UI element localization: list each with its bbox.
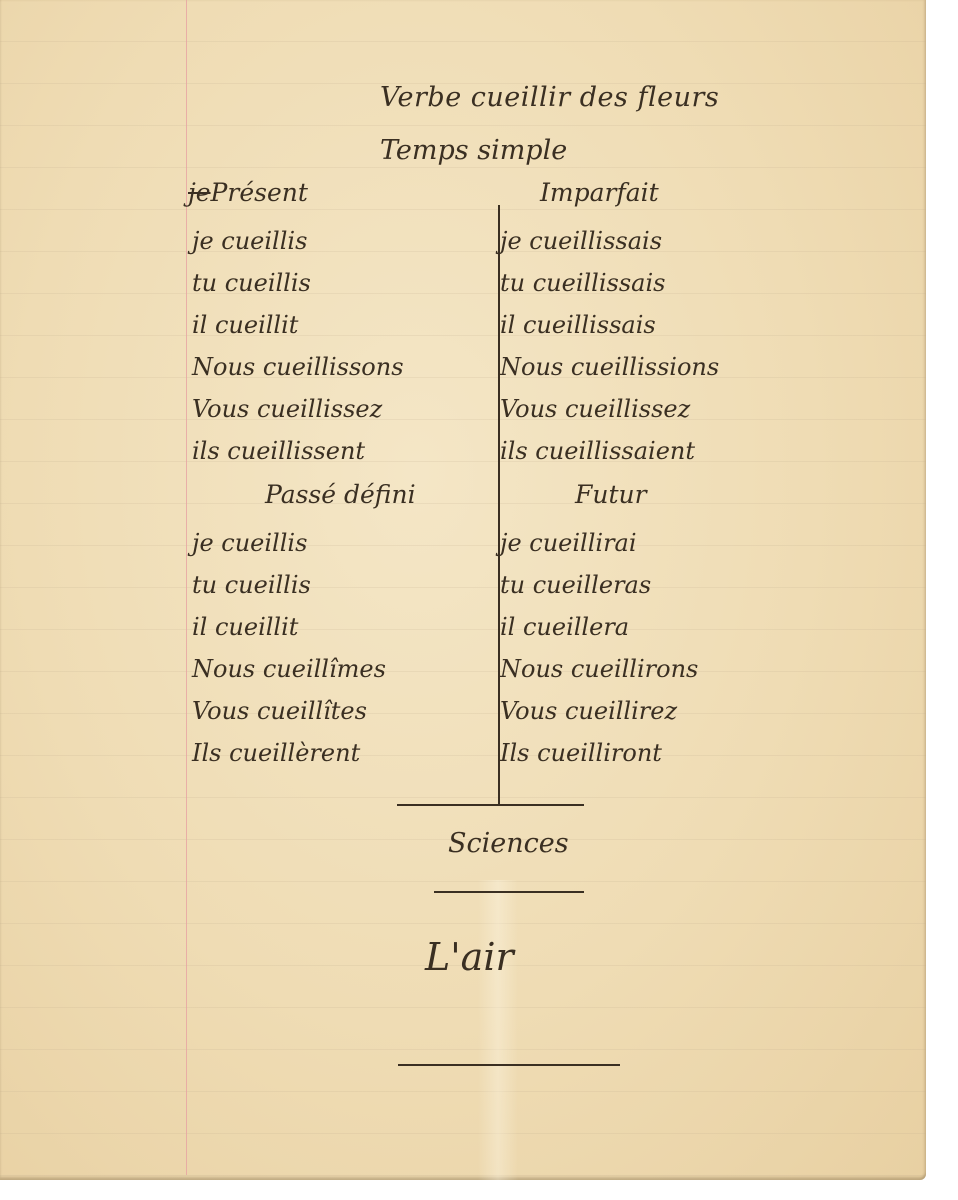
section-heading: Sciences <box>448 828 569 859</box>
conjugation-row: il cueillit <box>192 304 404 346</box>
conjugation-row: Nous cueillirons <box>500 648 698 690</box>
conjugation-row: Nous cueillissons <box>192 346 404 388</box>
conjugation-row: il cueillissais <box>500 304 719 346</box>
conjugation-row: il cueillera <box>500 606 698 648</box>
conjugation-row: tu cueillissais <box>500 262 719 304</box>
rule-line <box>434 891 584 893</box>
conjugation-row: tu cueillis <box>192 564 386 606</box>
present-forms-list: je cueillis tu cueillis il cueillit Nous… <box>192 220 404 472</box>
paper-fold <box>478 880 518 1180</box>
conjugation-row: Nous cueillîmes <box>192 648 386 690</box>
conjugation-row: Nous cueillissions <box>500 346 719 388</box>
struck-word: je <box>188 178 211 207</box>
conjugation-row: tu cueillis <box>192 262 404 304</box>
imparfait-forms-list: je cueillissais tu cueillissais il cueil… <box>500 220 719 472</box>
rule-line <box>398 1064 620 1066</box>
passe-defini-forms-list: je cueillis tu cueillis il cueillit Nous… <box>192 522 386 774</box>
tense-heading-present: jePrésent <box>188 178 308 207</box>
conjugation-row: je cueillissais <box>500 220 719 262</box>
conjugation-row: je cueillirai <box>500 522 698 564</box>
section-title: L'air <box>425 935 514 979</box>
page-title: Verbe cueillir des fleurs <box>380 82 719 113</box>
tense-name: Présent <box>211 178 308 207</box>
conjugation-row: il cueillit <box>192 606 386 648</box>
margin-line <box>186 0 187 1175</box>
tense-heading-imparfait: Imparfait <box>540 178 659 207</box>
notebook-page: Verbe cueillir des fleurs Temps simple j… <box>0 0 926 1180</box>
rule-line <box>397 804 584 806</box>
tense-heading-passe-defini: Passé défini <box>265 480 416 509</box>
conjugation-row: je cueillis <box>192 522 386 564</box>
conjugation-row: tu cueilleras <box>500 564 698 606</box>
page-subtitle: Temps simple <box>380 135 567 166</box>
futur-forms-list: je cueillirai tu cueilleras il cueillera… <box>500 522 698 774</box>
conjugation-row: Ils cueilliront <box>500 732 698 774</box>
conjugation-row: je cueillis <box>192 220 404 262</box>
tense-heading-futur: Futur <box>575 480 647 509</box>
conjugation-row: Vous cueillîtes <box>192 690 386 732</box>
conjugation-row: Vous cueillissez <box>192 388 404 430</box>
conjugation-row: Ils cueillèrent <box>192 732 386 774</box>
conjugation-row: Vous cueillissez <box>500 388 719 430</box>
column-divider <box>498 205 500 805</box>
conjugation-row: ils cueillissaient <box>500 430 719 472</box>
conjugation-row: Vous cueillirez <box>500 690 698 732</box>
conjugation-row: ils cueillissent <box>192 430 404 472</box>
